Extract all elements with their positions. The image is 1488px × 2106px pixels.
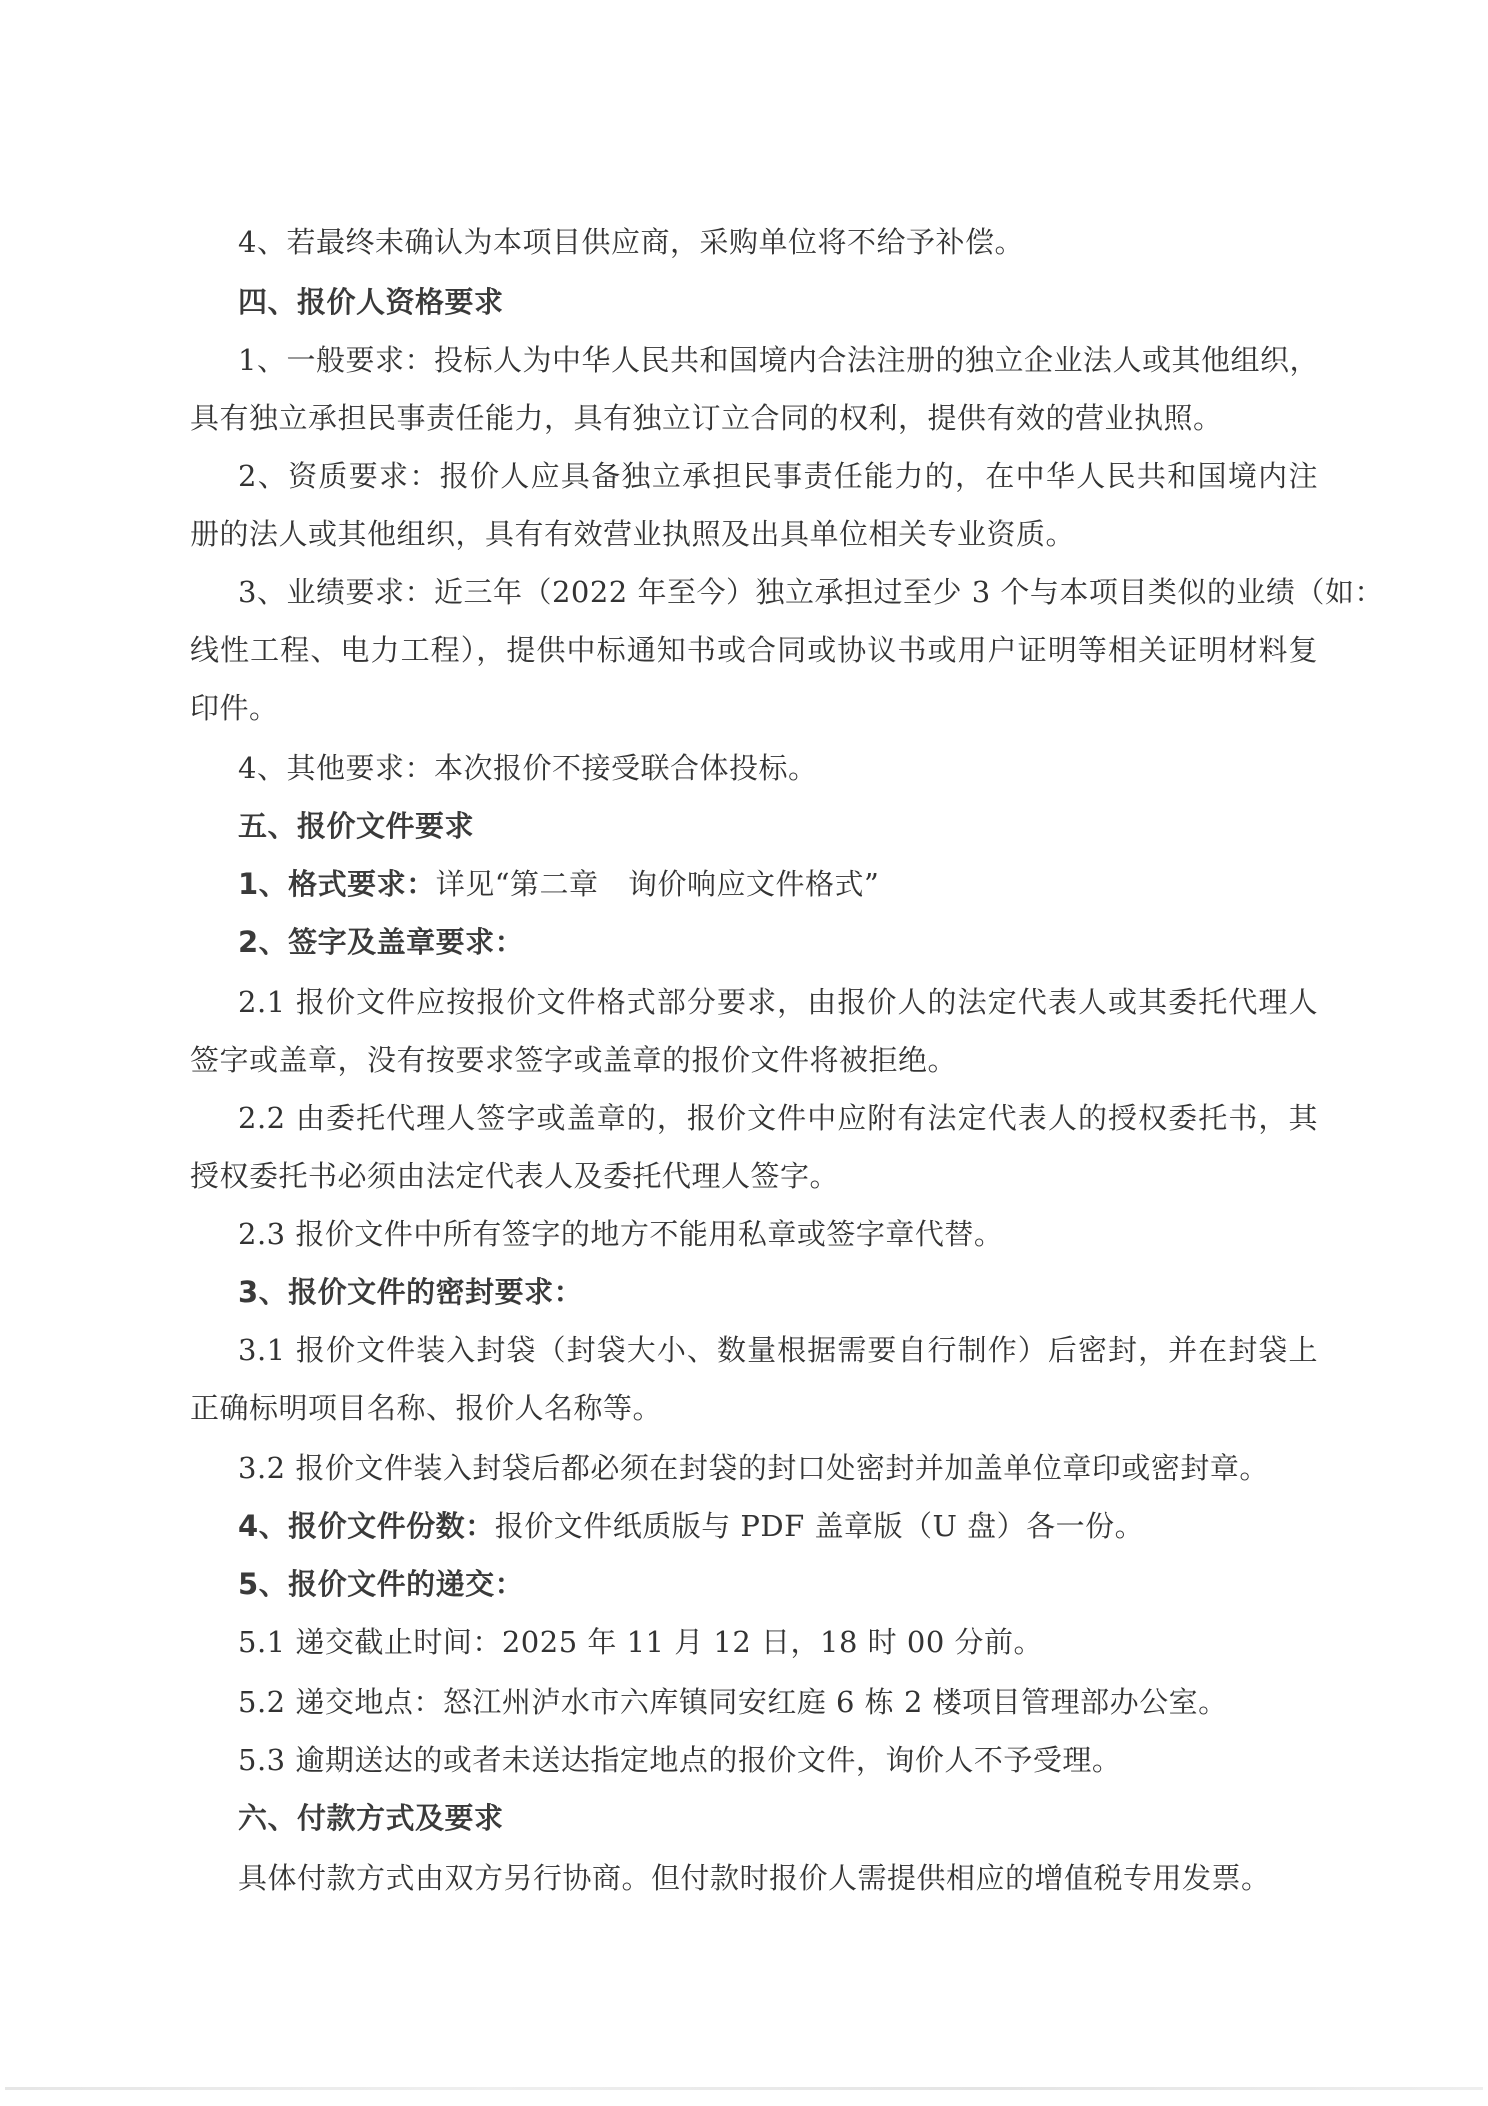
paragraph-compensation-note: 4、若最终未确认为本项目供应商，采购单位将不给予补偿。 — [238, 224, 1368, 260]
paragraph-other-requirement: 4、其他要求：本次报价不接受联合体投标。 — [238, 750, 1368, 786]
subheading-signature-seal: 2、签字及盖章要求： — [238, 924, 1368, 960]
paragraph-payment: 具体付款方式由双方另行协商。但付款时报价人需提供相应的增值税专用发票。 — [238, 1860, 1368, 1896]
section-heading-payment: 六、付款方式及要求 — [238, 1800, 1368, 1836]
section-heading-quote-file-requirements: 五、报价文件要求 — [238, 808, 1368, 844]
section-heading-bidder-qualification: 四、报价人资格要求 — [238, 284, 1368, 320]
paragraph-performance-requirement-end: 印件。 — [190, 690, 1320, 726]
paragraph-3-2: 3.2 报价文件装入封袋后都必须在封袋的封口处密封并加盖单位章印或密封章。 — [238, 1450, 1368, 1486]
subheading-sealing-requirement: 3、报价文件的密封要求： — [238, 1274, 1368, 1310]
paragraph-performance-requirement: 3、业绩要求：近三年（2022 年至今）独立承担过至少 3 个与本项目类似的业绩… — [238, 574, 1318, 610]
paragraph-3-1: 3.1 报价文件装入封袋（封袋大小、数量根据需要自行制作）后密封，并在封袋上 — [238, 1332, 1318, 1368]
scan-edge-divider — [5, 2087, 1483, 2090]
paragraph-5-1-deadline: 5.1 递交截止时间：2025 年 11 月 12 日，18 时 00 分前。 — [238, 1624, 1368, 1660]
copies-text: 报价文件纸质版与 PDF 盖章版（U 盘）各一份。 — [495, 1509, 1144, 1543]
paragraph-2-2: 2.2 由委托代理人签字或盖章的，报价文件中应附有法定代表人的授权委托书，其 — [238, 1100, 1318, 1136]
paragraph-performance-requirement-cont: 线性工程、电力工程），提供中标通知书或合同或协议书或用户证明等相关证明材料复 — [190, 632, 1318, 668]
paragraph-copies: 4、报价文件份数：报价文件纸质版与 PDF 盖章版（U 盘）各一份。 — [238, 1508, 1368, 1544]
subheading-submission: 5、报价文件的递交： — [238, 1566, 1368, 1602]
paragraph-2-3: 2.3 报价文件中所有签字的地方不能用私章或签字章代替。 — [238, 1216, 1368, 1252]
paragraph-qualification-requirement-cont: 册的法人或其他组织，具有有效营业执照及出具单位相关专业资质。 — [190, 516, 1320, 552]
paragraph-2-2-cont: 授权委托书必须由法定代表人及委托代理人签字。 — [190, 1158, 1320, 1194]
paragraph-qualification-requirement: 2、资质要求：报价人应具备独立承担民事责任能力的，在中华人民共和国境内注 — [238, 458, 1318, 494]
paragraph-3-1-cont: 正确标明项目名称、报价人名称等。 — [190, 1390, 1320, 1426]
paragraph-format-requirement: 1、格式要求：详见“第二章 询价响应文件格式” — [238, 866, 1368, 902]
paragraph-2-1: 2.1 报价文件应按报价文件格式部分要求，由报价人的法定代表人或其委托代理人 — [238, 984, 1318, 1020]
copies-label: 4、报价文件份数： — [238, 1509, 495, 1543]
paragraph-5-2-location: 5.2 递交地点：怒江州泸水市六库镇同安红庭 6 栋 2 楼项目管理部办公室。 — [238, 1684, 1368, 1720]
paragraph-5-3-late: 5.3 逾期送达的或者未送达指定地点的报价文件，询价人不予受理。 — [238, 1742, 1368, 1778]
paragraph-general-requirement: 1、一般要求：投标人为中华人民共和国境内合法注册的独立企业法人或其他组织， — [238, 342, 1318, 378]
paragraph-2-1-cont: 签字或盖章，没有按要求签字或盖章的报价文件将被拒绝。 — [190, 1042, 1320, 1078]
paragraph-general-requirement-cont: 具有独立承担民事责任能力，具有独立订立合同的权利，提供有效的营业执照。 — [190, 400, 1320, 436]
format-requirement-text: 详见“第二章 询价响应文件格式” — [436, 867, 880, 901]
format-requirement-label: 1、格式要求： — [238, 867, 436, 901]
document-page: 4、若最终未确认为本项目供应商，采购单位将不给予补偿。 四、报价人资格要求 1、… — [0, 0, 1488, 2106]
